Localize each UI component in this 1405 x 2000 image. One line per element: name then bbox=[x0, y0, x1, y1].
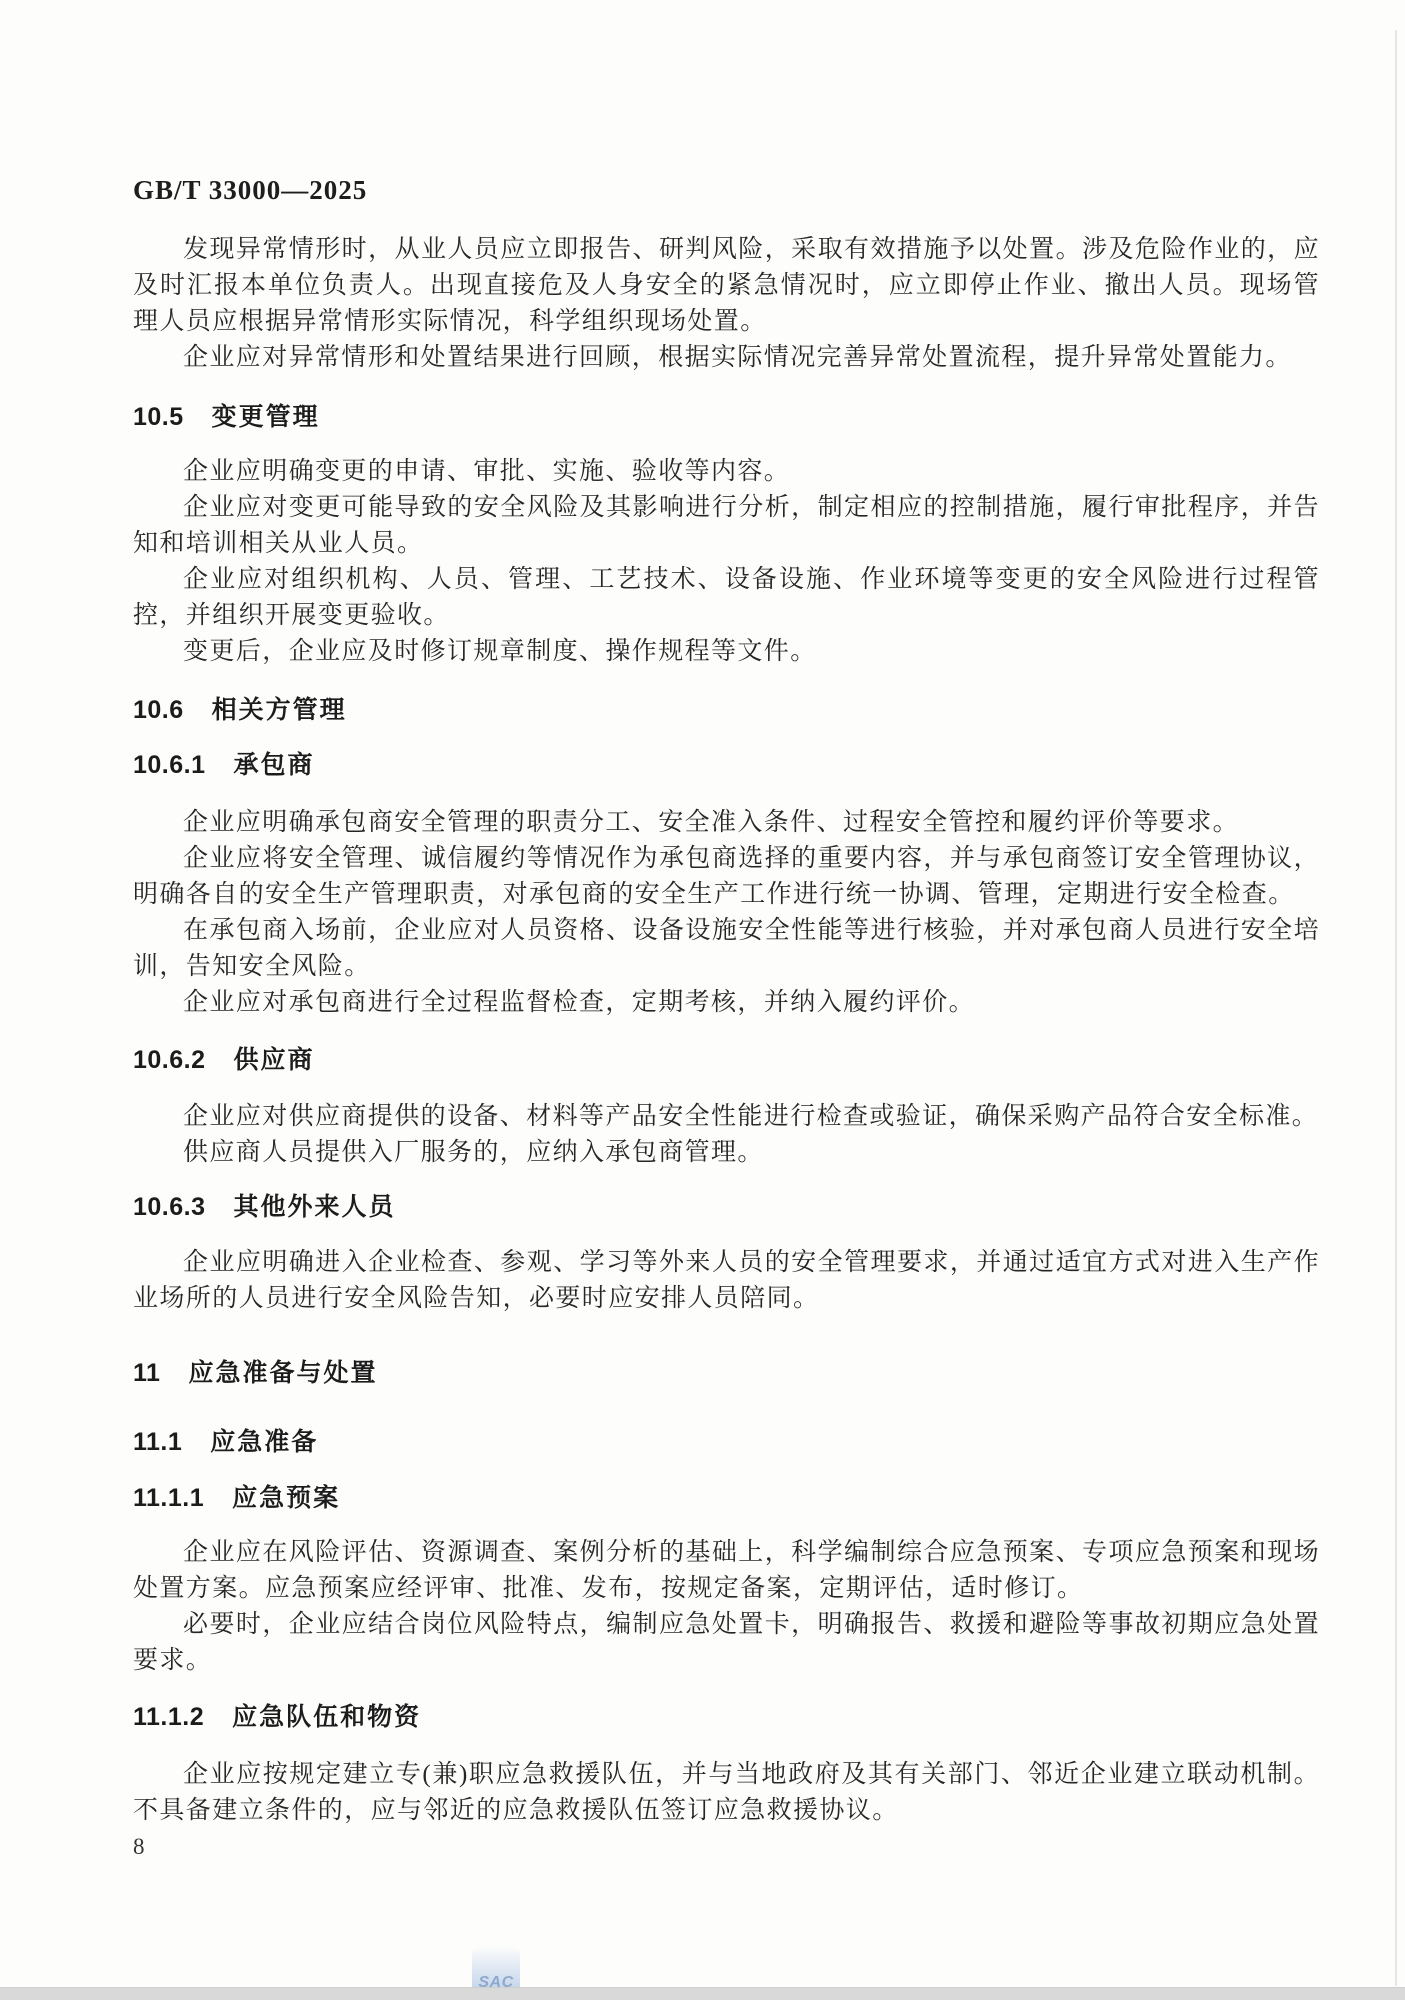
page-content: GB/T 33000—2025 发现异常情形时，从业人员应立即报告、研判风险，采… bbox=[133, 0, 1320, 1865]
document-page: GB/T 33000—2025 发现异常情形时，从业人员应立即报告、研判风险，采… bbox=[0, 0, 1405, 2000]
paragraph: 企业应明确进入企业检查、参观、学习等外来人员的安全管理要求，并通过适宜方式对进入… bbox=[133, 1245, 1320, 1317]
page-number: 8 bbox=[133, 1829, 1320, 1865]
paragraph: 企业应对变更可能导致的安全风险及其影响进行分析，制定相应的控制措施，履行审批程序… bbox=[133, 490, 1320, 562]
heading-number: 10.6.2 bbox=[133, 1042, 206, 1078]
chapter-heading-11: 11应急准备与处置 bbox=[133, 1355, 1320, 1391]
heading-number: 10.6.3 bbox=[133, 1189, 206, 1225]
paragraph: 企业应对承包商进行全过程监督检查，定期考核，并纳入履约评价。 bbox=[133, 985, 1320, 1021]
section-heading-10-6-2: 10.6.2供应商 bbox=[133, 1042, 1320, 1078]
paragraph: 企业应对供应商提供的设备、材料等产品安全性能进行检查或验证，确保采购产品符合安全… bbox=[133, 1099, 1320, 1135]
paragraph: 企业应明确变更的申请、审批、实施、验收等内容。 bbox=[133, 454, 1320, 490]
heading-title: 应急准备 bbox=[210, 1428, 318, 1456]
paragraph: 必要时，企业应结合岗位风险特点，编制应急处置卡，明确报告、救援和避险等事故初期应… bbox=[133, 1607, 1320, 1679]
heading-number: 11.1 bbox=[133, 1424, 182, 1460]
heading-number: 10.5 bbox=[133, 399, 184, 435]
heading-title: 供应商 bbox=[234, 1046, 315, 1074]
paragraph: 供应商人员提供入厂服务的，应纳入承包商管理。 bbox=[133, 1135, 1320, 1171]
heading-title: 应急预案 bbox=[232, 1484, 340, 1512]
heading-title: 应急准备与处置 bbox=[188, 1359, 377, 1387]
heading-number: 11 bbox=[133, 1355, 160, 1391]
paragraph: 企业应明确承包商安全管理的职责分工、安全准入条件、过程安全管控和履约评价等要求。 bbox=[133, 805, 1320, 841]
section-heading-10-6: 10.6相关方管理 bbox=[133, 692, 1320, 728]
heading-number: 10.6.1 bbox=[133, 747, 206, 783]
heading-number: 11.1.1 bbox=[133, 1480, 204, 1516]
section-heading-10-6-3: 10.6.3其他外来人员 bbox=[133, 1189, 1320, 1225]
heading-number: 11.1.2 bbox=[133, 1699, 204, 1735]
paragraph: 企业应按规定建立专(兼)职应急救援队伍，并与当地政府及其有关部门、邻近企业建立联… bbox=[133, 1757, 1320, 1829]
section-heading-11-1-2: 11.1.2应急队伍和物资 bbox=[133, 1699, 1320, 1735]
section-heading-10-6-1: 10.6.1承包商 bbox=[133, 747, 1320, 783]
paragraph: 企业应在风险评估、资源调查、案例分析的基础上，科学编制综合应急预案、专项应急预案… bbox=[133, 1535, 1320, 1607]
heading-title: 其他外来人员 bbox=[234, 1193, 396, 1221]
paragraph: 企业应对组织机构、人员、管理、工艺技术、设备设施、作业环境等变更的安全风险进行过… bbox=[133, 562, 1320, 634]
heading-title: 相关方管理 bbox=[212, 696, 347, 724]
heading-title: 承包商 bbox=[234, 751, 315, 779]
section-heading-11-1-1: 11.1.1应急预案 bbox=[133, 1480, 1320, 1516]
heading-number: 10.6 bbox=[133, 692, 184, 728]
page-edge-shadow bbox=[1395, 30, 1397, 1986]
paragraph: 变更后，企业应及时修订规章制度、操作规程等文件。 bbox=[133, 634, 1320, 670]
paragraph: 企业应对异常情形和处置结果进行回顾，根据实际情况完善异常处置流程，提升异常处置能… bbox=[133, 340, 1320, 376]
heading-title: 应急队伍和物资 bbox=[232, 1703, 421, 1731]
section-heading-10-5: 10.5变更管理 bbox=[133, 399, 1320, 435]
paragraph: 发现异常情形时，从业人员应立即报告、研判风险，采取有效措施予以处置。涉及危险作业… bbox=[133, 232, 1320, 340]
paragraph: 企业应将安全管理、诚信履约等情况作为承包商选择的重要内容，并与承包商签订安全管理… bbox=[133, 841, 1320, 913]
standard-code: GB/T 33000—2025 bbox=[133, 172, 1320, 208]
section-heading-11-1: 11.1应急准备 bbox=[133, 1424, 1320, 1460]
paragraph: 在承包商入场前，企业应对人员资格、设备设施安全性能等进行核验，并对承包商人员进行… bbox=[133, 913, 1320, 985]
heading-title: 变更管理 bbox=[212, 403, 320, 431]
bottom-scan-bar bbox=[0, 1987, 1405, 2000]
